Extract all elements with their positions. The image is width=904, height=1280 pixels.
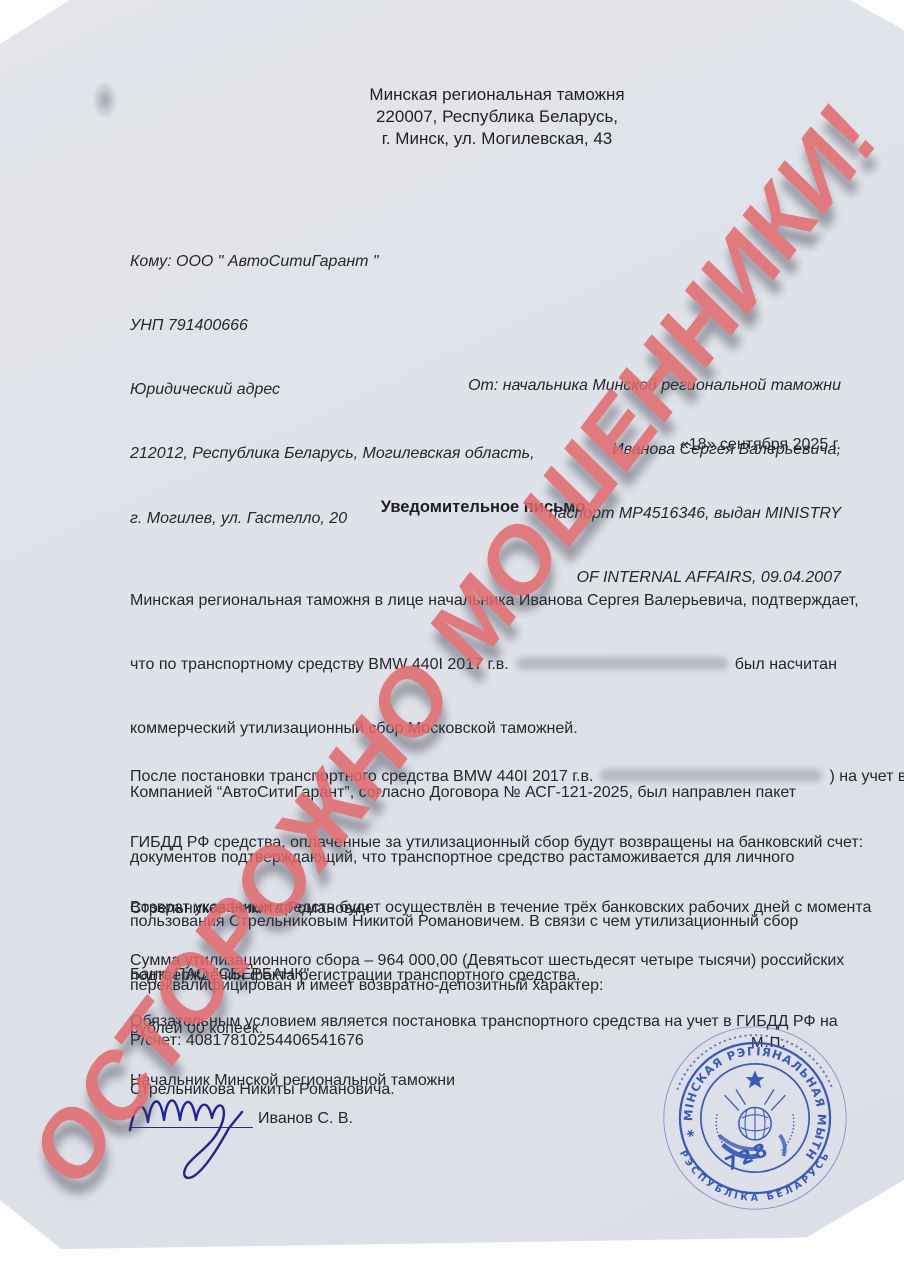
scan-artifact	[92, 80, 118, 120]
letterhead-org: Минская региональная таможня	[130, 84, 864, 106]
letterhead-address: г. Минск, ул. Могилевская, 43	[130, 128, 864, 150]
p1-line2-post: был насчитан	[735, 656, 837, 673]
p3-line1: После постановки транспортного средства …	[130, 766, 904, 788]
letterhead-postal: 220007, Республика Беларусь,	[130, 106, 864, 128]
redacted-vin-1	[516, 657, 728, 670]
redacted-vin-2	[600, 769, 822, 782]
letterhead: Минская региональная таможня 220007, Рес…	[130, 84, 864, 150]
p3-line1-post: ) на учет в	[829, 768, 904, 785]
customs-round-stamp: ∗ МІНСКАЯ РЭГІЯНАЛЬНАЯ МЫТНЯ ∗ РЭСПУБЛІК…	[660, 1023, 850, 1213]
scanned-letter-page: Минская региональная таможня 220007, Рес…	[0, 0, 904, 1280]
letter-title: Уведомительное письмо	[130, 497, 836, 518]
recipient-company: Кому: ООО " АвтоСитиГарант "	[130, 251, 535, 272]
